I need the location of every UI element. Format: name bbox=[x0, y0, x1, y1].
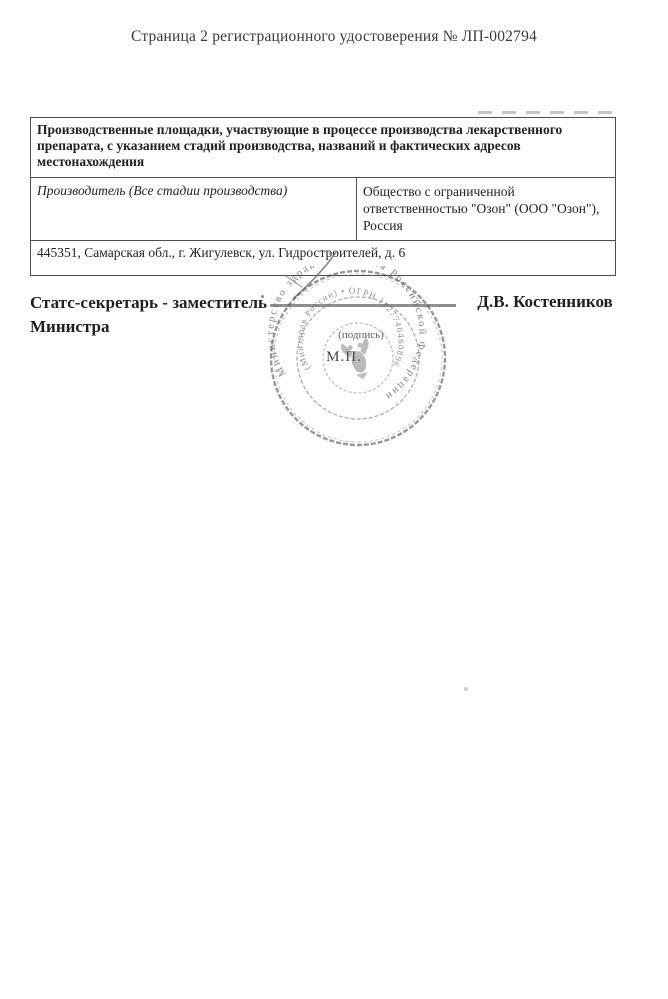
ink-dot-artifact bbox=[261, 295, 264, 298]
scan-artifact-dashes bbox=[478, 111, 614, 114]
producer-label-cell: Производитель (Все стадии производства) bbox=[31, 178, 357, 241]
page-title: Страница 2 регистрационного удостоверени… bbox=[0, 28, 668, 46]
signatory-position-line1: Статс-секретарь - заместитель bbox=[30, 291, 280, 315]
scan-speck-artifact bbox=[464, 687, 468, 691]
certificate-page: Страница 2 регистрационного удостоверени… bbox=[0, 0, 668, 999]
signatory-position-line2: Министра bbox=[30, 315, 280, 339]
table-header-cell: Производственные площадки, участвующие в… bbox=[31, 118, 615, 177]
svg-text:(Минздрав России) • ОГРН 11: (Минздрав России) • ОГРН 1127746460896 bbox=[282, 274, 414, 393]
signatory-name: Д.В. Костенников bbox=[455, 292, 635, 312]
signatory-position: Статс-секретарь - заместитель Министра bbox=[30, 291, 280, 339]
stamp-emblem-icon bbox=[340, 337, 377, 383]
ministry-round-stamp-icon: Министерство здравоохранения Российской … bbox=[266, 266, 450, 450]
table-row-producer: Производитель (Все стадии производства) … bbox=[31, 178, 615, 242]
table-header-row: Производственные площадки, участвующие в… bbox=[31, 118, 615, 178]
producer-value-cell: Общество с ограниченной ответственностью… bbox=[357, 178, 615, 241]
stamp-inner-ring-text: (Минздрав России) • ОГРН 1127746460896 bbox=[282, 274, 414, 393]
